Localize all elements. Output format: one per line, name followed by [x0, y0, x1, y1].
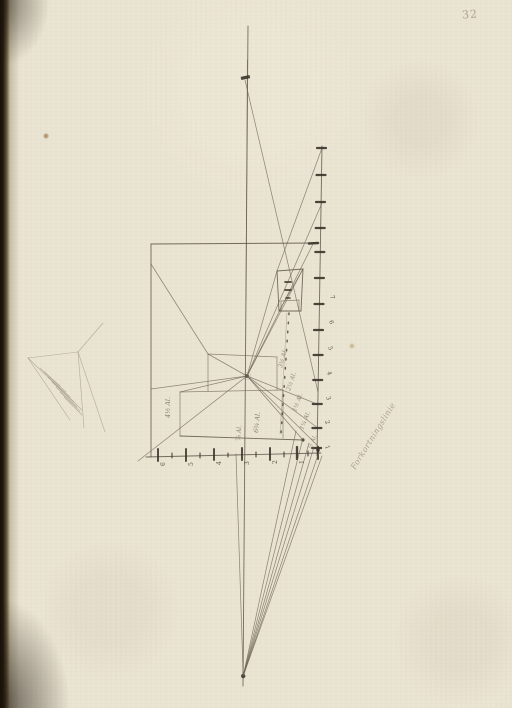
- ruler-number: 2: [272, 460, 279, 464]
- outer-square: [146, 243, 321, 457]
- scale-number: 2: [323, 419, 331, 425]
- scale-number: 5: [326, 345, 334, 351]
- scale-number: 7: [328, 294, 336, 300]
- scale-number: 3: [324, 395, 332, 401]
- scale-number: 6: [327, 319, 335, 325]
- ruler-number: 6: [160, 462, 167, 466]
- ruler-number: 3: [244, 461, 251, 465]
- right-measuring-scale: 1 2 3 4 5 6 7: [312, 146, 336, 456]
- measure-label: 2½ Al.: [285, 371, 298, 392]
- ruler-number: 4: [216, 461, 223, 465]
- vanishing-point-fan: [138, 203, 322, 461]
- ruler-number: 5: [188, 462, 195, 466]
- measurement-notes: 4½ Al. 6¾ Al. ⅞ Al. 3½ Al. 2½ Al. 1½ Al.…: [164, 348, 319, 450]
- cursive-annotation: Forkortningslinie: [349, 401, 398, 472]
- measure-label: 3½ Al.: [277, 348, 289, 368]
- measure-label: 4½ Al.: [164, 397, 172, 419]
- converging-lines: [236, 431, 322, 676]
- scale-number: 1: [323, 444, 331, 450]
- measure-label: 1½ Al.: [291, 392, 304, 412]
- measure-label: 6¾ Al.: [252, 412, 262, 434]
- measure-label: 1¼ Al.: [298, 410, 312, 430]
- left-margin-sketch: [28, 323, 105, 432]
- sketchbook-page: 32: [0, 0, 512, 708]
- pedestal-box: [277, 269, 303, 311]
- ruler-number: 1: [299, 460, 306, 464]
- perspective-construction-drawing: 1 2 3 4 5 6 7 6 5 4 3 2: [0, 0, 512, 708]
- measure-label: ⅞ Al.: [235, 425, 243, 442]
- long-diagonals: [245, 80, 322, 392]
- scale-number: 4: [325, 370, 333, 376]
